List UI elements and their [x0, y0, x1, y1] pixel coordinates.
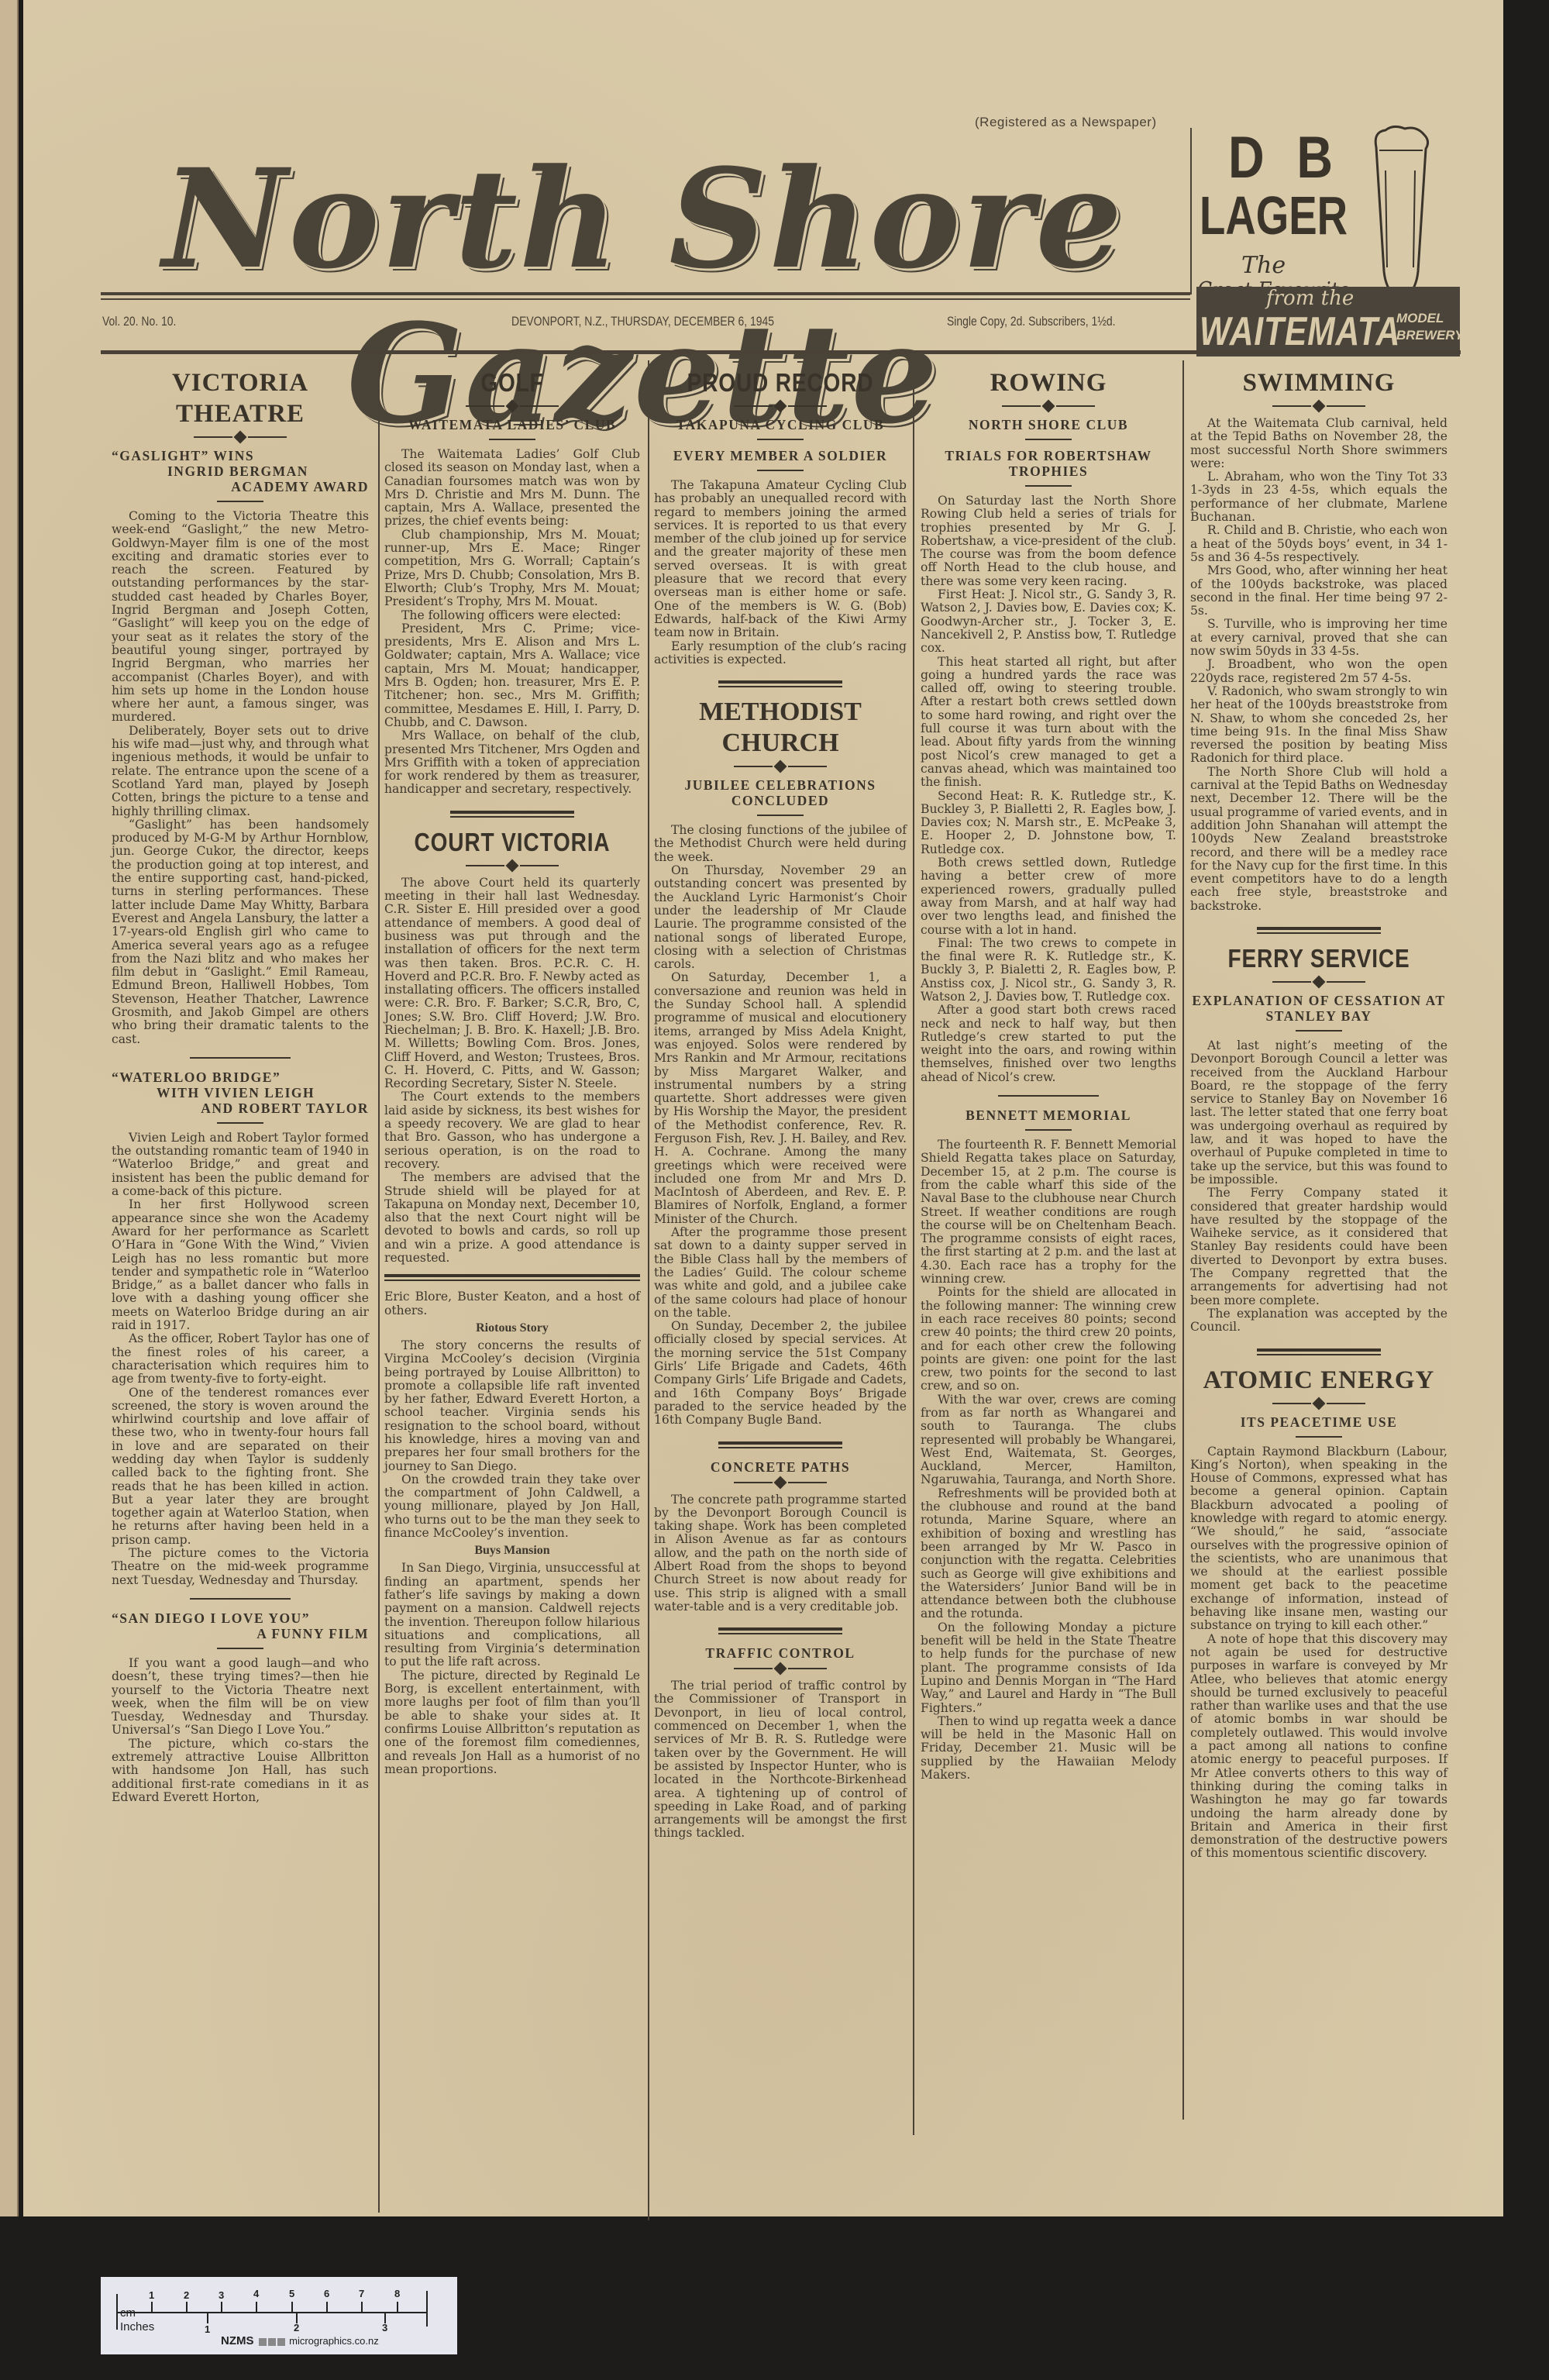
- section-heading: COURT VICTORIA: [404, 827, 621, 858]
- short-rule: [489, 439, 535, 440]
- section-heading: FERRY SERVICE: [1210, 943, 1428, 974]
- subheading-line: ACADEMY AWARD: [112, 479, 369, 494]
- column-divider: [913, 360, 914, 2135]
- article-paragraph: The picture, which co-stars the extremel…: [112, 1738, 369, 1804]
- masthead-box: North Shore Gazette: [101, 128, 1192, 294]
- article-subheading: TAKAPUNA CYCLING CLUB: [654, 417, 907, 432]
- article-paragraph: “Gaslight” has been handsomely produced …: [112, 818, 369, 1046]
- ornament-divider: [1190, 1399, 1447, 1408]
- column-divider: [1182, 360, 1184, 2120]
- issue-dateline: DEVONPORT, N.Z., THURSDAY, DECEMBER 6, 1…: [511, 314, 774, 332]
- ad-product: LAGER: [1200, 184, 1348, 246]
- rule: [190, 1598, 291, 1600]
- article-paragraph: On Sunday, December 2, the jubilee offic…: [654, 1320, 907, 1427]
- ad-model: MODEL: [1396, 310, 1464, 327]
- scale-tick: [221, 2302, 222, 2312]
- ornament-divider: [112, 432, 369, 442]
- ornament-divider: [654, 762, 907, 771]
- brand-url: micrographics.co.nz: [289, 2335, 379, 2347]
- article-paragraph: Refreshments will be provided both at th…: [921, 1487, 1176, 1621]
- article-paragraph: S. Turville, who is improving her time a…: [1190, 618, 1447, 658]
- column-divider: [378, 360, 380, 2213]
- subheading-line: TRIALS FOR ROBERTSHAW: [921, 448, 1176, 463]
- cm-label: cm: [120, 2306, 136, 2320]
- ornament-divider: [654, 1664, 907, 1673]
- cm-tick-label: 5: [289, 2288, 294, 2299]
- logo-square-icon: [268, 2338, 276, 2346]
- article-paragraph: The Waitemata Ladies’ Golf Club closed i…: [384, 448, 640, 529]
- column-divider: [648, 360, 649, 2220]
- cm-tick-label: 2: [184, 2289, 189, 2301]
- ornament-divider: [384, 861, 640, 870]
- article-paragraph: If you want a good laugh—and who doesn’t…: [112, 1657, 369, 1738]
- ad-tagline-the: The: [1241, 252, 1286, 279]
- short-rule: [757, 470, 804, 471]
- article-paragraph: On Saturday, December 1, a conversazione…: [654, 971, 907, 1226]
- article-paragraph: With the war over, crews are coming from…: [921, 1393, 1176, 1487]
- ornament-divider: [1190, 401, 1447, 411]
- article-paragraph: In San Diego, Virginia, unsuccessful at …: [384, 1562, 640, 1669]
- ad-brewery-label: BREWERY: [1396, 327, 1464, 344]
- column-golf-court: GOLF WAITEMATA LADIES’ CLUB The Waitemat…: [384, 358, 640, 1776]
- short-rule: [1296, 1030, 1342, 1032]
- article-paragraph: The above Court held its quarterly meeti…: [384, 877, 640, 1091]
- cm-tick-label: 6: [324, 2288, 329, 2299]
- cm-tick-label: 8: [394, 2288, 400, 2299]
- cm-tick-label: 4: [253, 2288, 259, 2299]
- article-heading: CONCRETE PATHS: [654, 1459, 907, 1475]
- subheading-line: AND ROBERT TAYLOR: [112, 1100, 369, 1116]
- ornament-divider: [384, 401, 640, 411]
- scale-tick: [116, 2294, 118, 2330]
- logo-square-icon: [277, 2338, 285, 2346]
- article-paragraph: Coming to the Victoria Theatre this week…: [112, 510, 369, 725]
- article-subheading: EXPLANATION OF CESSATION AT STANLEY BAY: [1190, 993, 1447, 1024]
- article-paragraph: First Heat: J. Nicol str., G. Sandy 3, R…: [921, 588, 1176, 655]
- columns-top-rule: [101, 350, 1461, 354]
- article-paragraph: Then to wind up regatta week a dance wil…: [921, 1715, 1176, 1782]
- article-paragraph: V. Radonich, who swam strongly to win he…: [1190, 685, 1447, 766]
- ornament-divider: [654, 1478, 907, 1487]
- masthead-rule: [101, 292, 1190, 295]
- logo-square-icon: [259, 2338, 267, 2346]
- scale-tick: [397, 2302, 398, 2312]
- article-paragraph: The North Shore Club will hold a carniva…: [1190, 766, 1447, 913]
- inline-subhead: Riotous Story: [384, 1321, 640, 1336]
- article-paragraph: Points for the shield are allocated in t…: [921, 1286, 1176, 1393]
- masthead-rule-thin: [101, 298, 1190, 300]
- article-paragraph: R. Child and B. Christie, who each won a…: [1190, 524, 1447, 564]
- article-subheading: ITS PEACETIME USE: [1190, 1414, 1447, 1430]
- article-subheading: “GASLIGHT” WINS INGRID BERGMAN ACADEMY A…: [112, 448, 369, 494]
- section-heading: ROWING: [921, 367, 1176, 398]
- cm-tick-label: 3: [219, 2289, 224, 2301]
- scale-tick: [207, 2313, 208, 2323]
- short-rule: [1025, 439, 1072, 440]
- db-lager-advert: D B LAGER The Great Favourite from the W…: [1193, 124, 1461, 356]
- article-paragraph: The picture, directed by Reginald Le Bor…: [384, 1669, 640, 1776]
- article-paragraph: A note of hope that this discovery may n…: [1190, 1633, 1447, 1861]
- inline-subhead: Buys Mansion: [384, 1543, 640, 1559]
- article-subheading: JUBILEE CELEBRATIONS CONCLUDED: [654, 777, 907, 808]
- scale-tick: [186, 2302, 188, 2312]
- article-paragraph: The story concerns the results of Virgin…: [384, 1339, 640, 1473]
- article-paragraph: Deliberately, Boyer sets out to drive hi…: [112, 725, 369, 818]
- scale-tick: [326, 2302, 328, 2312]
- section-heading: METHODIST CHURCH: [654, 697, 907, 759]
- article-paragraph: On Thursday, November 29 an outstanding …: [654, 864, 907, 971]
- article-paragraph: Vivien Leigh and Robert Taylor formed th…: [112, 1131, 369, 1198]
- section-heading: ATOMIC ENERGY: [1190, 1365, 1447, 1396]
- ad-model-brewery: MODEL BREWERY: [1396, 310, 1464, 344]
- article-paragraph: J. Broadbent, who won the open 220yds ra…: [1190, 658, 1447, 685]
- article-paragraph: L. Abraham, who won the Tiny Tot 33 1-3y…: [1190, 470, 1447, 524]
- scan-background: [1503, 0, 1549, 2380]
- double-rule: [450, 811, 574, 818]
- article-paragraph: Both crews settled down, Rutledge having…: [921, 856, 1176, 937]
- subheading-line: EXPLANATION OF CESSATION AT: [1190, 993, 1447, 1008]
- article-heading: BENNETT MEMORIAL: [921, 1107, 1176, 1123]
- article-paragraph: The explanation was accepted by the Coun…: [1190, 1307, 1447, 1335]
- article-paragraph: In her first Hollywood screen appearance…: [112, 1198, 369, 1332]
- column-victoria-theatre: VICTORIA THEATRE “GASLIGHT” WINS INGRID …: [112, 358, 369, 1804]
- article-paragraph: Captain Raymond Blackburn (Labour, King’…: [1190, 1445, 1447, 1633]
- cm-tick-label: 7: [359, 2288, 364, 2299]
- short-rule: [217, 501, 263, 502]
- ad-brewery-banner: from the WAITEMATA MODEL BREWERY: [1196, 287, 1460, 356]
- short-rule: [1025, 485, 1072, 487]
- article-paragraph: The trial period of traffic control by t…: [654, 1679, 907, 1841]
- scale-bar: [118, 2312, 428, 2313]
- inch-tick-label: 2: [294, 2322, 299, 2334]
- article-subheading: “WATERLOO BRIDGE” WITH VIVIEN LEIGH AND …: [112, 1069, 369, 1116]
- article-subheading: “SAN DIEGO I LOVE YOU” A FUNNY FILM: [112, 1610, 369, 1641]
- section-heading: SWIMMING: [1190, 367, 1447, 398]
- short-rule: [217, 1122, 263, 1124]
- subheading-line: “SAN DIEGO I LOVE YOU”: [112, 1610, 369, 1626]
- scale-branding: NZMS micrographics.co.nz: [221, 2334, 379, 2347]
- double-rule: [718, 1441, 842, 1448]
- inch-tick-label: 1: [205, 2323, 210, 2335]
- article-paragraph: Club championship, Mrs M. Mouat; runner-…: [384, 529, 640, 609]
- measurement-scale: cm Inches 1 2 3 4 5 6 7 8 1 2 3 NZMS mic…: [101, 2277, 457, 2354]
- article-paragraph: Mrs Wallace, on behalf of the club, pres…: [384, 729, 640, 796]
- volume-number: Vol. 20. No. 10.: [102, 314, 176, 332]
- article-paragraph: Early resumption of the club’s racing ac…: [654, 640, 907, 667]
- rule: [998, 1095, 1099, 1097]
- article-paragraph: After a good start both crews raced neck…: [921, 1004, 1176, 1084]
- article-paragraph: On Saturday last the North Shore Rowing …: [921, 494, 1176, 588]
- section-heading: PROUD RECORD: [673, 367, 887, 398]
- double-rule: [1257, 1348, 1381, 1355]
- scale-tick: [361, 2302, 363, 2312]
- article-paragraph: The Court extends to the members laid as…: [384, 1090, 640, 1171]
- article-paragraph: At last night’s meeting of the Devonport…: [1190, 1039, 1447, 1187]
- cm-tick-label: 1: [149, 2289, 154, 2301]
- column-swimming: SWIMMING At the Waitemata Club carnival,…: [1190, 358, 1447, 1861]
- article-paragraph: The closing functions of the jubilee of …: [654, 824, 907, 864]
- article-heading: TRAFFIC CONTROL: [654, 1645, 907, 1661]
- section-heading: GOLF: [404, 367, 621, 398]
- ad-from: from the: [1266, 287, 1354, 310]
- column-proud-record: PROUD RECORD TAKAPUNA CYCLING CLUB EVERY…: [654, 358, 907, 1841]
- article-paragraph: The picture comes to the Victoria Theatr…: [112, 1547, 369, 1587]
- brand-name: NZMS: [221, 2334, 254, 2347]
- subheading-line: “WATERLOO BRIDGE”: [112, 1069, 369, 1085]
- article-paragraph: On the crowded train they take over the …: [384, 1473, 640, 1540]
- article-paragraph: Mrs Good, who, after winning her heat of…: [1190, 564, 1447, 618]
- article-paragraph: The Ferry Company stated it considered t…: [1190, 1187, 1447, 1307]
- scale-tick: [291, 2302, 293, 2312]
- article-paragraph: The fourteenth R. F. Bennett Memorial Sh…: [921, 1138, 1176, 1286]
- ornament-divider: [1190, 977, 1447, 987]
- article-paragraph: President, Mrs C. Prime; vice-presidents…: [384, 622, 640, 729]
- short-rule: [757, 439, 804, 440]
- subheading-line: “GASLIGHT” WINS: [112, 448, 369, 463]
- short-rule: [757, 815, 804, 816]
- subheading-line: A FUNNY FILM: [112, 1626, 369, 1641]
- subheading-line: TROPHIES: [921, 463, 1176, 479]
- ornament-divider: [654, 401, 907, 411]
- article-paragraph: On the following Monday a picture benefi…: [921, 1621, 1176, 1715]
- subheading-line: STANLEY BAY: [1190, 1008, 1447, 1024]
- article-subheading: NORTH SHORE CLUB: [921, 417, 1176, 432]
- article-paragraph: After the programme those present sat do…: [654, 1226, 907, 1320]
- short-rule: [1025, 1129, 1072, 1131]
- article-subheading: TRIALS FOR ROBERTSHAW TROPHIES: [921, 448, 1176, 479]
- article-paragraph: This heat started all right, but after g…: [921, 656, 1176, 790]
- article-paragraph: One of the tenderest romances ever scree…: [112, 1386, 369, 1548]
- subheading-line: WITH VIVIEN LEIGH: [112, 1085, 369, 1100]
- article-paragraph: The Takapuna Amateur Cycling Club has pr…: [654, 479, 907, 640]
- article-paragraph: The members are advised that the Strude …: [384, 1171, 640, 1265]
- adjacent-page-edge: [0, 0, 19, 2216]
- subheading-line: JUBILEE CELEBRATIONS: [654, 777, 907, 793]
- article-paragraph: As the officer, Robert Taylor has one of…: [112, 1332, 369, 1386]
- inches-label: Inches: [120, 2320, 154, 2334]
- short-rule: [217, 1648, 263, 1649]
- ornament-divider: [921, 401, 1176, 411]
- article-paragraph: Final: The two crews to compete in the f…: [921, 937, 1176, 1004]
- double-rule: [718, 680, 842, 687]
- subheading-line: CONCLUDED: [654, 793, 907, 808]
- subheading-line: INGRID BERGMAN: [112, 463, 369, 479]
- article-paragraph: The concrete path programme started by t…: [654, 1493, 907, 1614]
- ad-brewery: WAITEMATA: [1200, 308, 1400, 355]
- inch-tick-label: 3: [382, 2322, 387, 2334]
- article-paragraph: Second Heat: R. K. Rutledge str., K. Buc…: [921, 790, 1176, 856]
- ad-brand: D B: [1228, 124, 1342, 191]
- article-subheading: WAITEMATA LADIES’ CLUB: [384, 417, 640, 432]
- scale-tick: [256, 2302, 257, 2312]
- double-rule: [718, 1627, 842, 1634]
- rule: [190, 1057, 291, 1059]
- double-rule: [1257, 927, 1381, 934]
- short-rule: [1296, 1436, 1342, 1438]
- section-heading: VICTORIA THEATRE: [112, 367, 369, 429]
- scale-tick: [426, 2291, 428, 2327]
- article-paragraph: The following officers were elected:: [384, 609, 640, 622]
- article-paragraph: At the Waitemata Club carnival, held at …: [1190, 417, 1447, 470]
- issue-price: Single Copy, 2d. Subscribers, 1½d.: [947, 314, 1115, 332]
- article-subheading: EVERY MEMBER A SOLDIER: [654, 448, 907, 463]
- column-rowing: ROWING NORTH SHORE CLUB TRIALS FOR ROBER…: [921, 358, 1176, 1782]
- scale-tick: [151, 2302, 153, 2312]
- full-width-rule: [384, 1274, 640, 1281]
- article-paragraph: Eric Blore, Buster Keaton, and a host of…: [384, 1290, 640, 1317]
